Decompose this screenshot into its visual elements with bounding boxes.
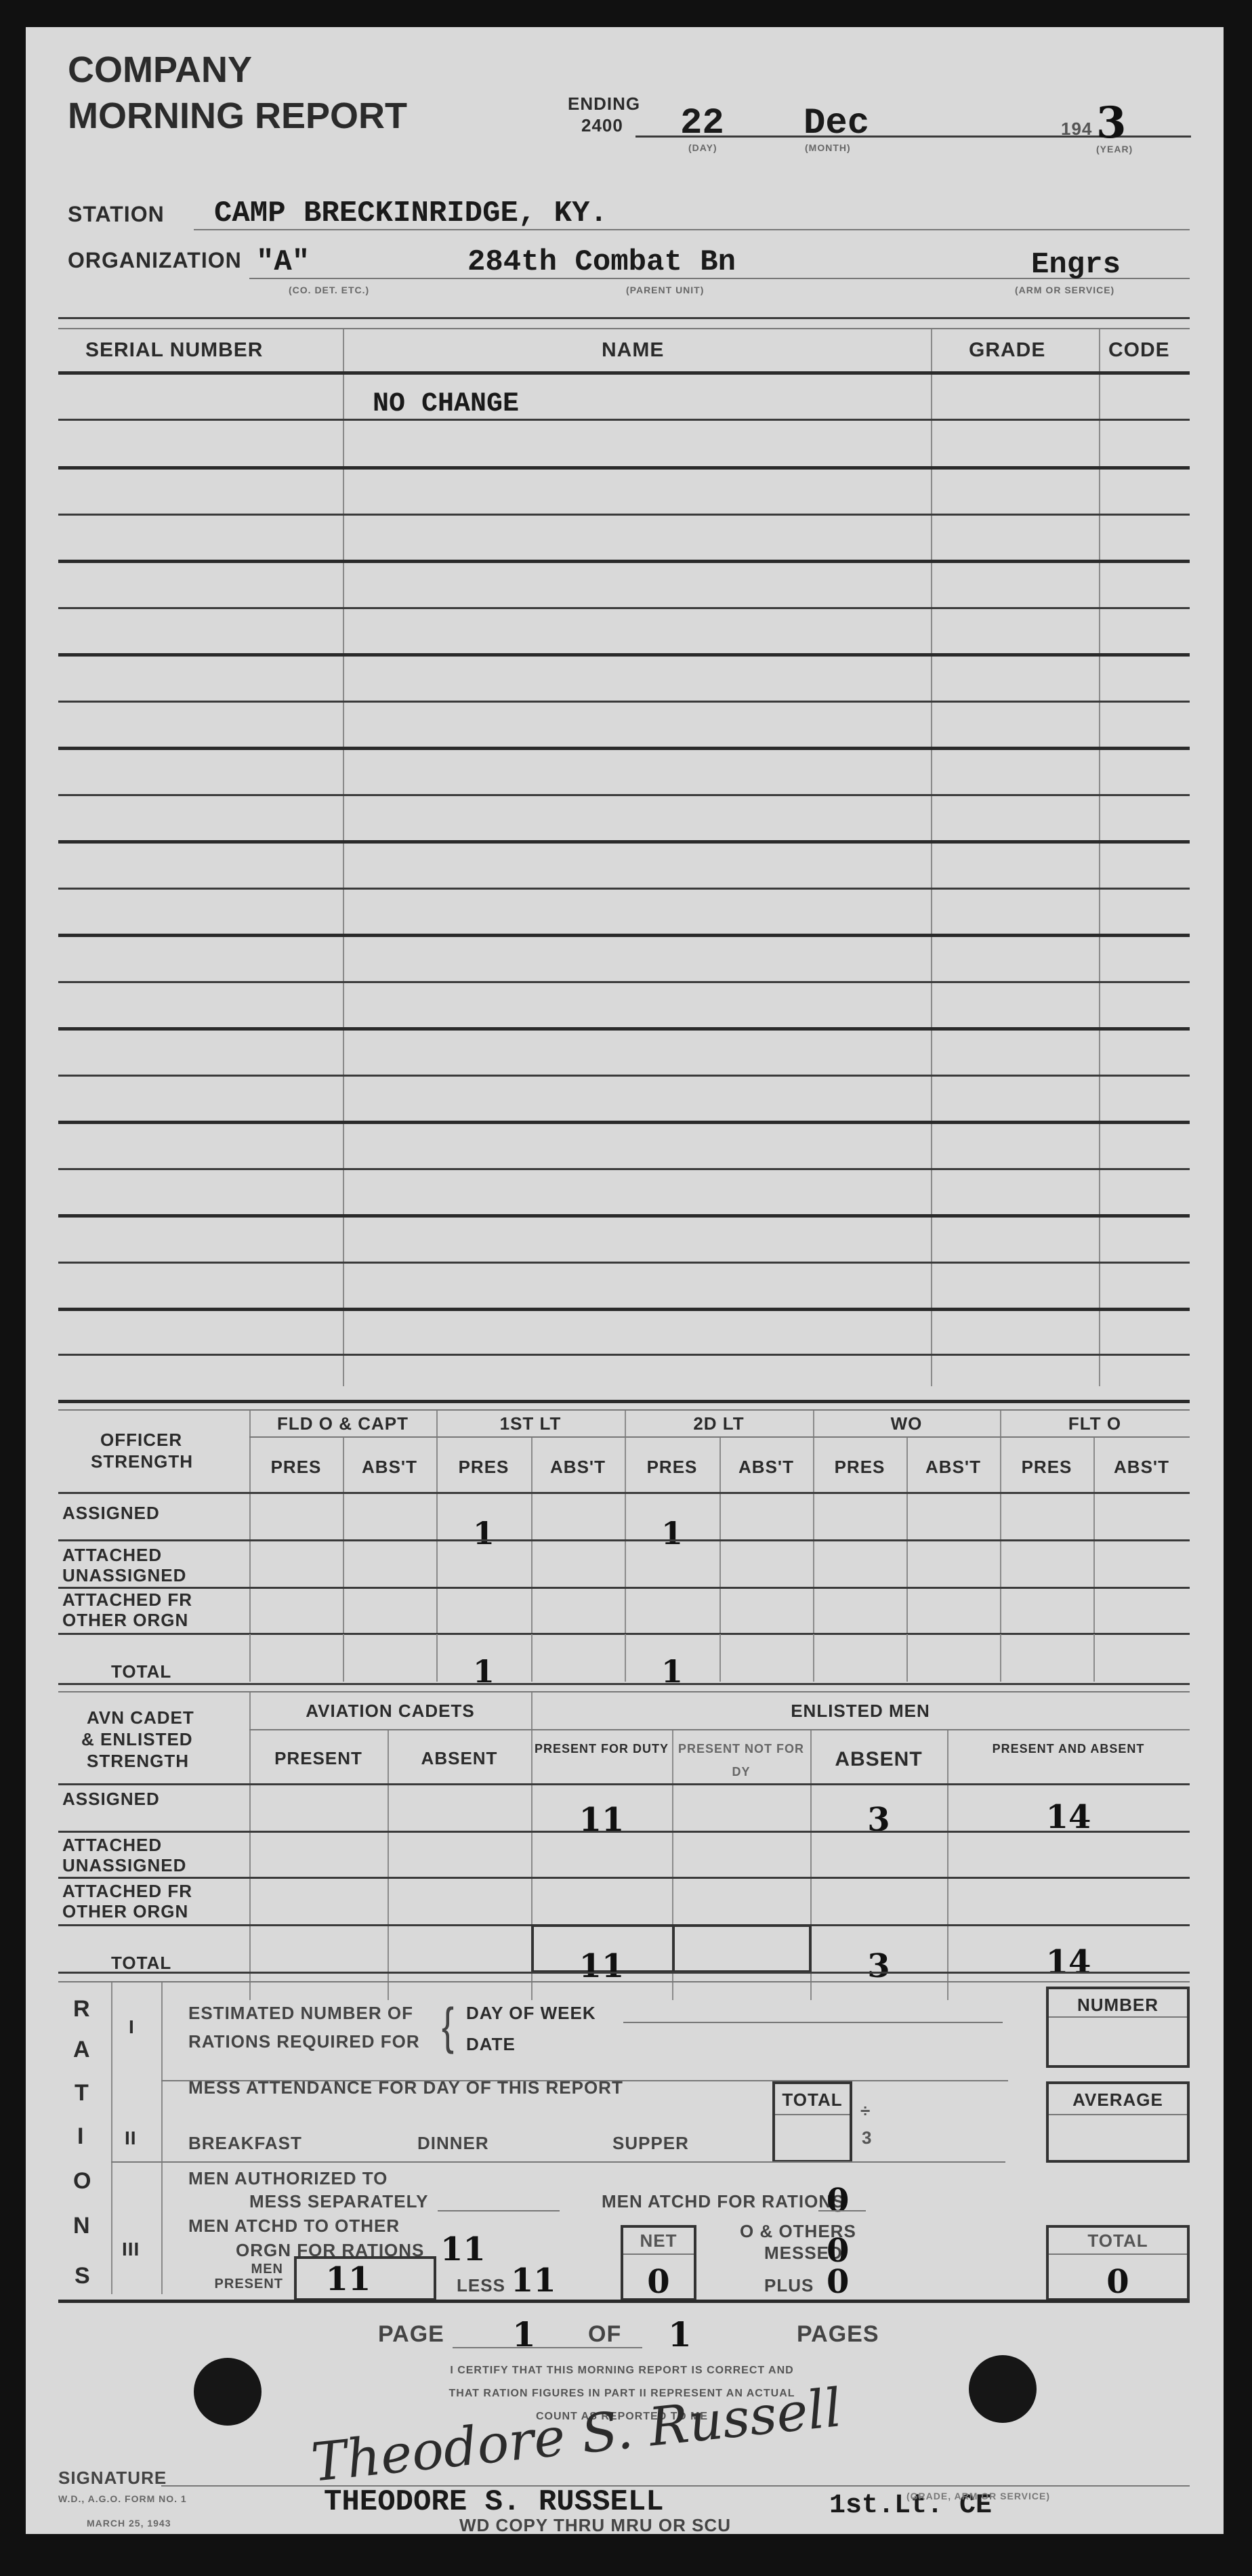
part-i-num: I [129, 2016, 135, 2038]
col-avn-absent: ABSENT [388, 1748, 531, 1769]
em-total-present-and-absent: 14 [947, 1943, 1190, 1981]
row-attached-unassigned: ATTACHED UNASSIGNED [62, 1545, 225, 1585]
col-present-and-absent: PRESENT AND ABSENT [947, 1737, 1190, 1760]
atchd-for-rations-value: 0 [827, 2182, 849, 2220]
row-total: TOTAL [111, 1661, 171, 1682]
arm-caption: (ARM OR SERVICE) [1015, 285, 1114, 295]
signature-label: SIGNATURE [58, 2468, 167, 2489]
enl-row-attached-fr-other: ATTACHED FR OTHER ORGN [62, 1881, 238, 1921]
men-present-label: MEN PRESENT [209, 2262, 283, 2291]
enl-row-total: TOTAL [111, 1953, 171, 1974]
rations-letter: S [75, 2263, 91, 2289]
pages-label: PAGES [797, 2321, 879, 2348]
brace: { [442, 1997, 455, 2056]
officer-1st-lt-assigned-pres: 1 [436, 1515, 531, 1552]
supper-label: SUPPER [612, 2133, 689, 2154]
report-year-digit: 3 [1096, 98, 1127, 148]
part-i-text2: RATIONS REQUIRED FOR [188, 2031, 420, 2052]
enlisted-men-header: ENLISTED MEN [531, 1701, 1190, 1722]
sub-abst: ABS'T [1093, 1457, 1190, 1478]
atchd-other-value: 11 [440, 2230, 486, 2268]
less-label: LESS [457, 2275, 505, 2296]
officer-strength-title2: STRENGTH [91, 1451, 193, 1472]
sub-abst: ABS'T [906, 1457, 1000, 1478]
number-label: NUMBER [1046, 1995, 1190, 2016]
col-serial-number: SERIAL NUMBER [85, 339, 263, 362]
page-total: 1 [668, 2314, 692, 2354]
organization-label: ORGANIZATION [68, 248, 242, 273]
net-label: NET [621, 2230, 696, 2251]
part-ii-title: MESS ATTENDANCE FOR DAY OF THIS REPORT [188, 2077, 623, 2098]
divide-sign: ÷ [860, 2100, 871, 2121]
ending-time: 2400 [581, 115, 623, 136]
dinner-label: DINNER [417, 2133, 489, 2154]
punch-hole-right [969, 2355, 1037, 2423]
form-number: W.D., A.G.O. FORM NO. 1 [58, 2493, 187, 2504]
average-label: AVERAGE [1046, 2090, 1190, 2111]
parent-unit-value: 284th Combat Bn [467, 245, 736, 279]
company-value: "A" [256, 245, 310, 279]
enlisted-title3: STRENGTH [87, 1751, 189, 1772]
plus-value: 0 [827, 2263, 849, 2301]
part-iii-num: III [122, 2239, 140, 2260]
col-name: NAME [602, 339, 664, 362]
year-caption: (YEAR) [1096, 144, 1133, 154]
roster-entry: NO CHANGE [373, 389, 519, 419]
date-label: DATE [466, 2034, 516, 2055]
breakfast-label: BREAKFAST [188, 2133, 302, 2154]
form-title-line1: COMPANY [68, 49, 252, 91]
rations-letter: T [75, 2080, 89, 2106]
enl-row-attached-unassigned: ATTACHED UNASSIGNED [62, 1835, 225, 1875]
rations-letter: I [77, 2123, 84, 2150]
month-caption: (MONTH) [805, 142, 851, 153]
sub-pres: PRES [249, 1457, 343, 1478]
men-present-value: 11 [294, 2260, 402, 2298]
part-i-text1: ESTIMATED NUMBER OF [188, 2003, 413, 2024]
punch-hole-left [194, 2358, 262, 2426]
certify-line1: I CERTIFY THAT THIS MORNING REPORT IS CO… [324, 2365, 920, 2377]
col-grade: GRADE [969, 339, 1045, 362]
group-fld-o-capt: FLD O & CAPT [249, 1413, 436, 1434]
total-present-not-duty-box [672, 1924, 812, 1973]
station-label: STATION [68, 202, 165, 227]
company-caption: (CO. DET. ETC.) [289, 285, 369, 295]
sub-pres: PRES [625, 1457, 719, 1478]
ending-label: ENDING [568, 94, 640, 115]
rations-letter: R [73, 1996, 91, 2022]
aviation-cadets-header: AVIATION CADETS [249, 1701, 531, 1722]
rations-total-label: TOTAL [1046, 2230, 1190, 2251]
day-caption: (DAY) [688, 142, 717, 153]
sub-abst: ABS'T [719, 1457, 813, 1478]
row-attached-fr-other-orgn: ATTACHED FR OTHER ORGN [62, 1590, 238, 1630]
page-label: PAGE [378, 2321, 444, 2348]
net-value: 0 [621, 2263, 696, 2301]
rations-letter: A [73, 2037, 91, 2063]
plus-label: PLUS [764, 2275, 814, 2296]
form-title-line2: MORNING REPORT [68, 95, 407, 137]
rations-letter: N [73, 2213, 91, 2239]
group-flt-o: FLT O [1000, 1413, 1190, 1434]
enl-row-assigned: ASSIGNED [62, 1789, 160, 1810]
col-avn-present: PRESENT [249, 1748, 388, 1769]
officer-2d-lt-assigned-pres: 1 [625, 1515, 719, 1552]
page-number: 1 [512, 2314, 536, 2354]
group-1st-lt: 1ST LT [436, 1413, 625, 1434]
row-assigned: ASSIGNED [62, 1503, 160, 1524]
authorized-line1: MEN AUTHORIZED TO [188, 2168, 388, 2189]
morning-report-form: COMPANY MORNING REPORT ENDING 2400 22 (D… [26, 27, 1224, 2534]
atchd-other-line1: MEN ATCHD TO OTHER [188, 2216, 400, 2237]
year-prefix: 194 [1061, 119, 1092, 140]
sub-pres: PRES [436, 1457, 531, 1478]
enlisted-title2: & ENLISTED [81, 1729, 193, 1750]
group-2d-lt: 2D LT [625, 1413, 813, 1434]
em-assigned-present-duty: 11 [531, 1801, 672, 1839]
of-label: OF [588, 2321, 621, 2348]
sub-abst: ABS'T [343, 1457, 436, 1478]
report-month: Dec [804, 103, 869, 144]
rations-letter: O [73, 2168, 91, 2195]
signer-name: THEODORE S. RUSSELL [324, 2485, 664, 2519]
station-value: CAMP BRECKINRIDGE, KY. [214, 196, 608, 230]
part-ii-num: II [125, 2127, 137, 2149]
wd-copy-note: WD COPY THRU MRU OR SCU [459, 2515, 731, 2536]
col-em-absent: ABSENT [810, 1748, 947, 1771]
sub-abst: ABS'T [531, 1457, 625, 1478]
sub-pres: PRES [1000, 1457, 1093, 1478]
mess-total-label: TOTAL [772, 2090, 852, 2111]
col-code: CODE [1108, 339, 1170, 362]
col-present-not-for-duty: PRESENT NOT FOR DY [672, 1737, 810, 1783]
em-total-absent: 3 [810, 1947, 947, 1985]
divisor: 3 [862, 2127, 872, 2148]
enlisted-title1: AVN CADET [87, 1707, 194, 1728]
rations-total-value: 0 [1046, 2263, 1190, 2301]
day-of-week-label: DAY OF WEEK [466, 2003, 596, 2024]
parent-unit-caption: (PARENT UNIT) [626, 285, 704, 295]
form-date: MARCH 25, 1943 [87, 2518, 171, 2529]
em-total-present-duty: 11 [531, 1947, 672, 1985]
atchd-for-rations-label: MEN ATCHD FOR RATIONS [602, 2191, 845, 2212]
col-present-for-duty: PRESENT FOR DUTY [531, 1737, 672, 1760]
grade-caption: (GRADE, ARM OR SERVICE) [906, 2491, 1050, 2501]
officer-strength-title1: OFFICER [100, 1430, 182, 1451]
arm-value: Engrs [1031, 248, 1121, 282]
group-wo: WO [813, 1413, 1000, 1434]
sub-pres: PRES [813, 1457, 906, 1478]
em-assigned-absent: 3 [810, 1801, 947, 1839]
less-value: 11 [511, 2262, 556, 2300]
report-day: 22 [680, 103, 724, 144]
authorized-line2: MESS SEPARATELY [249, 2191, 428, 2212]
